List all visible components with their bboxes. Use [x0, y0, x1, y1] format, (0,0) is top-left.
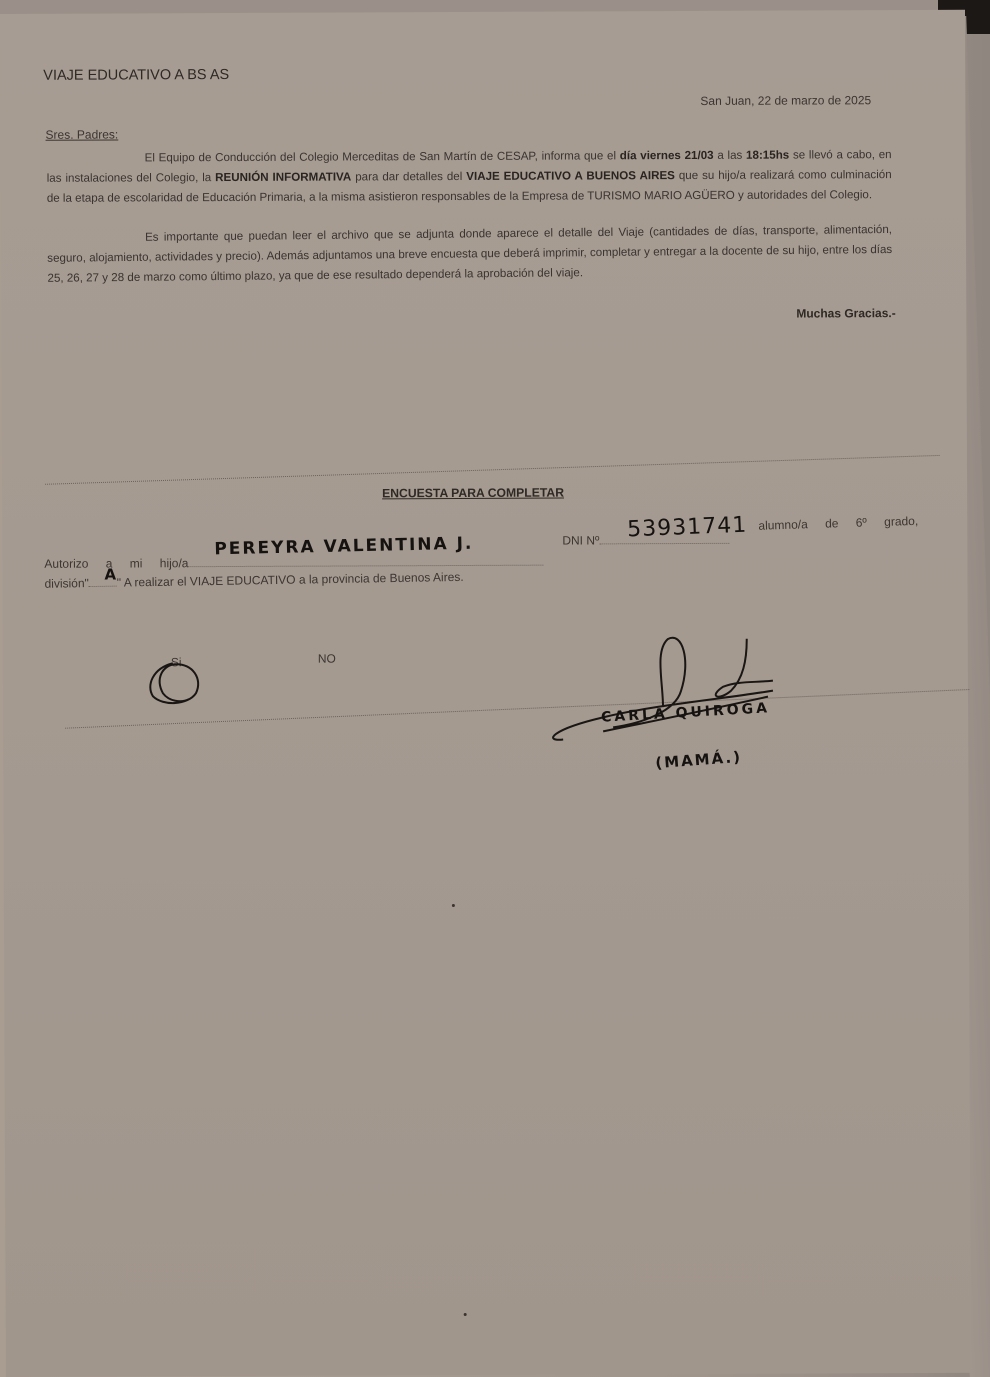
dni-field[interactable]: 53931741 [627, 513, 748, 543]
salutation: Sres. Padres: [45, 127, 118, 141]
paper-speck [452, 904, 455, 907]
grade-line: alumno/a de 6º grado, [758, 514, 918, 533]
signature-line [65, 689, 969, 729]
cut-line [45, 455, 940, 485]
division-field[interactable]: A [104, 565, 118, 583]
option-no[interactable]: NO [318, 652, 336, 666]
document-title: VIAJE EDUCATIVO A BS AS [43, 67, 229, 84]
grade-value: 6º [856, 515, 867, 529]
option-yes[interactable]: Si [171, 655, 182, 669]
paragraph-meeting-info: El Equipo de Conducción del Colegio Merc… [47, 145, 892, 209]
date-line: San Juan, 22 de marzo de 2025 [700, 93, 871, 108]
paragraph-instructions: Es importante que puedan leer el archivo… [47, 220, 893, 289]
signer-role: (MAMÁ.) [655, 748, 743, 772]
survey-title: ENCUESTA PARA COMPLETAR [382, 486, 564, 501]
letter-page: VIAJE EDUCATIVO A BS AS San Juan, 22 de … [0, 10, 971, 1377]
paper-speck [464, 1313, 467, 1316]
closing-text: Muchas Gracias.- [796, 306, 895, 320]
signature-icon [553, 637, 774, 739]
